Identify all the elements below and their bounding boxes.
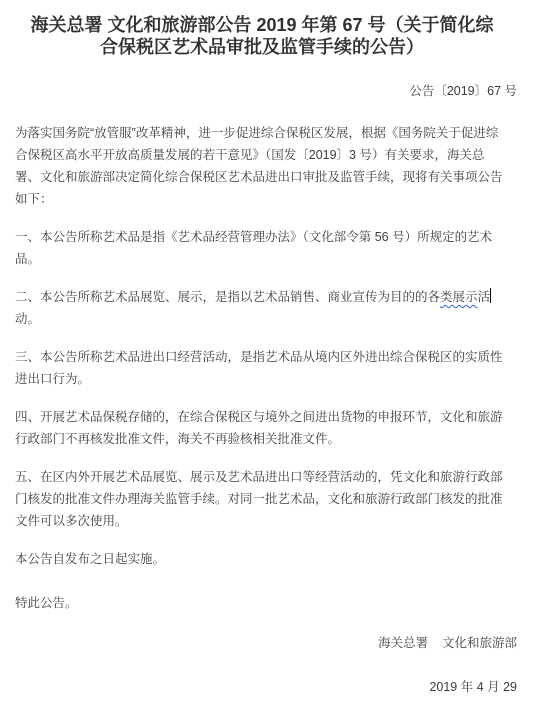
text-segment: 二、本公告所称艺术品展览、展示，是指以艺术品销售、商业宣传为目的的各 (15, 290, 440, 304)
paragraph-effective[interactable]: 本公告自发布之日起实施。 (15, 548, 527, 570)
paragraph-item-3[interactable]: 三、本公告所称艺术品进出口经营活动，是指艺术品从境内区外进出综合保税区的实质性进… (15, 346, 527, 390)
document-title-line-1: 海关总署 文化和旅游部公告 2019 年第 67 号（关于简化综 (15, 14, 509, 36)
text-segment: 行政部门不再核发批准文件，海关不再验核相关批准文件。 (15, 432, 340, 446)
paragraph-item-5[interactable]: 五、在区内外开展艺术品展览、展示及艺术品进出口等经营活动的，凭文化和旅游行政部门… (15, 466, 527, 532)
document-body: 为落实国务院“放管服”改革精神，进一步促进综合保税区发展，根据《国务院关于促进综… (15, 122, 540, 614)
text-segment: 四、开展艺术品保税存储的，在综合保税区与境外之间进出货物的申报环节，文化和旅游 (15, 410, 503, 424)
text-segment: 活 (478, 290, 491, 304)
text-segment: 合保税区高水平开放高质量发展的若干意见》（国发〔2019〕3 号）有关要求，海关… (15, 148, 484, 162)
grammar-squiggle-text: 类展示 (440, 290, 478, 304)
text-segment: 署、文化和旅游部决定简化综合保税区艺术品进出口审批及监管手续，现将有关事项公告 (15, 170, 503, 184)
document-page[interactable]: 海关总署 文化和旅游部公告 2019 年第 67 号（关于简化综 合保税区艺术品… (0, 0, 540, 712)
text-segment: 五、在区内外开展艺术品展览、展示及艺术品进出口等经营活动的，凭文化和旅游行政部 (15, 470, 503, 484)
text-segment: 本公告自发布之日起实施。 (15, 552, 165, 566)
issuing-authorities[interactable]: 海关总署 文化和旅游部 (15, 632, 517, 654)
text-cursor (490, 288, 491, 303)
paragraph-item-4[interactable]: 四、开展艺术品保税存储的，在综合保税区与境外之间进出货物的申报环节，文化和旅游行… (15, 406, 527, 450)
text-segment: 门核发的批准文件办理海关监管手续。对同一批艺术品，文化和旅游行政部门核发的批准 (15, 492, 503, 506)
text-segment: 三、本公告所称艺术品进出口经营活动，是指艺术品从境内区外进出综合保税区的实质性 (15, 350, 503, 364)
document-title-line-2: 合保税区艺术品审批及监管手续的公告） (15, 36, 509, 58)
text-segment: 动。 (15, 312, 40, 326)
text-segment: 为落实国务院“放管服”改革精神，进一步促进综合保税区发展，根据《国务院关于促进综 (15, 126, 498, 140)
text-segment: 品。 (15, 252, 40, 266)
text-segment: 进出口行为。 (15, 372, 90, 386)
paragraph-intro[interactable]: 为落实国务院“放管服”改革精神，进一步促进综合保税区发展，根据《国务院关于促进综… (15, 122, 527, 210)
paragraph-item-2[interactable]: 二、本公告所称艺术品展览、展示，是指以艺术品销售、商业宣传为目的的各类展示活动。 (15, 286, 527, 330)
text-segment: 文件可以多次使用。 (15, 514, 128, 528)
text-segment: 一、本公告所称艺术品是指《艺术品经营管理办法》（文化部令第 56 号）所规定的艺… (15, 230, 492, 244)
paragraph-item-1[interactable]: 一、本公告所称艺术品是指《艺术品经营管理办法》（文化部令第 56 号）所规定的艺… (15, 226, 527, 270)
text-segment: 如下： (15, 192, 53, 206)
document-title[interactable]: 海关总署 文化和旅游部公告 2019 年第 67 号（关于简化综 合保税区艺术品… (15, 14, 509, 58)
text-segment: 特此公告。 (15, 596, 78, 610)
announcement-number[interactable]: 公告〔2019〕67 号 (15, 80, 517, 102)
issue-date[interactable]: 2019 年 4 月 29 (15, 676, 517, 698)
paragraph-closing[interactable]: 特此公告。 (15, 592, 527, 614)
